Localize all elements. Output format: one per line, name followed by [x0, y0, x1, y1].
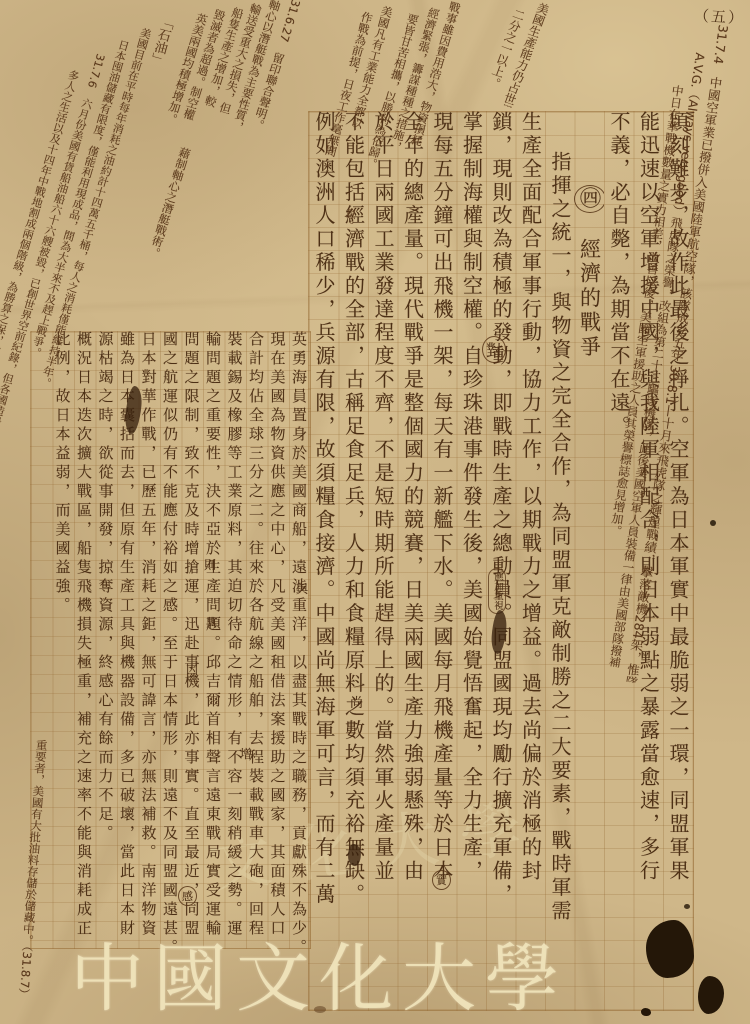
text-column: 問題之限制，致不克及時增搶運，迅赴事機，此亦事實。直至最近，同盟 [180, 331, 202, 947]
section-title: 經濟的戰爭 [578, 213, 602, 359]
mark-shi: 實 [432, 870, 451, 890]
text-column: 英勇海員置身於美國商船，遠涉重洋，以盡其戰時之職務，貢獻殊不為少。 [288, 331, 310, 947]
text-column: 現在美國為物資供應之中心，凡受美國租借法案援助之國家，其面積人口 [266, 331, 288, 947]
text-column: 生產全面配合軍事行動，協力工作，以期戰力之增益。過去尚偏於消極的封 [515, 111, 545, 1009]
text-column: 國之航運似仍有不能應付裕如之感。至于日本情形，則遠不及同盟國遠甚。 [159, 331, 181, 947]
text-column: 掌握制海權與制空權。自珍珠港事件發生後，美國始覺悟奮起，全力生產， [456, 111, 486, 1009]
section-number-circled: ㊃ [574, 185, 604, 213]
mark-yu: 與 [296, 580, 308, 597]
ink-blot-medium [698, 976, 724, 1014]
ink-dot [710, 520, 716, 526]
text-column: 概況日本迭次擴大戰區，船隻飛機損失極重，補充之速率不能與消耗成正 [73, 331, 95, 947]
mark-emphasis-bubble: 應加重視 [488, 568, 506, 614]
mark-yin: 因 [186, 660, 198, 677]
mark-zeng: 增 [240, 745, 252, 762]
ink-smear [314, 1006, 326, 1013]
mark-ze: 則 [204, 556, 216, 573]
mark-dui: 對 [482, 336, 506, 363]
manuscript-page: 文化大學 中國文化大學 （五） 頃刻難步，故作此最後之掙扎。空軍為日本軍實中最脆… [0, 0, 750, 1024]
text-column: 裝載錫及橡膠等工業原料，其迫切待命之情形，有不容一刻稍緩之勢。運 [223, 331, 245, 947]
text-column: 源枯竭之時，欲從事開發，掠奪資源，終感心有餘而力不足。 [94, 331, 116, 947]
text-column: 合計均佔全球三分之二。往來於各航線之船舶，去程裝載戰車大砲，回程 [245, 331, 267, 947]
mark-qi: 其 [206, 614, 217, 630]
text-column: 全年的總產量。現代戰爭是整個國力的競賽，日美兩國生產力強弱懸殊，由 [397, 111, 427, 1009]
section-heading: ㊃ 經濟的戰爭 [574, 111, 604, 1009]
text-column: 輸問題之重要性，決不亞於生產問題。邱吉爾首相聲言遠東戰局實受運輸 [202, 331, 224, 947]
ink-blot-large [646, 920, 694, 978]
text-column: 鎖，現則改為積極的發動，即戰時生產之總動員。同盟國現均勵行擴充軍備， [486, 111, 516, 1009]
main-text-left-block: 英勇海員置身於美國商船，遠涉重洋，以盡其戰時之職務，貢獻殊不為少。 現在美國為物… [30, 331, 309, 947]
text-column: 例如澳洲人口稀少，兵源有限，故須糧食接濟。中國尚無海軍可言，而有二萬 [309, 111, 339, 1009]
ink-speck [684, 904, 690, 909]
mark-shang: 尚 [350, 692, 363, 711]
mark-gan: 感 [178, 886, 197, 906]
ink-blot-small [641, 1008, 651, 1016]
text-column: 於平日兩國工業發達程度不齊，不是短時期所能趕得上的。當然軍火產量並 [368, 111, 398, 1009]
text-column: 日本對華作戰，已歷五年，消耗之鉅，無可諱言，亦無法補救。南洋物資 [137, 331, 159, 947]
text-column: 指揮之統一，與物資之完全合作，為同盟軍克敵制勝之二大要素，戰時軍需 [545, 111, 575, 1009]
margin-note-counter-submarine: 藉制軸心之潛艇戰術。 [129, 145, 194, 312]
text-column: 比例，故日本益弱，而美國益強。 [51, 331, 73, 947]
